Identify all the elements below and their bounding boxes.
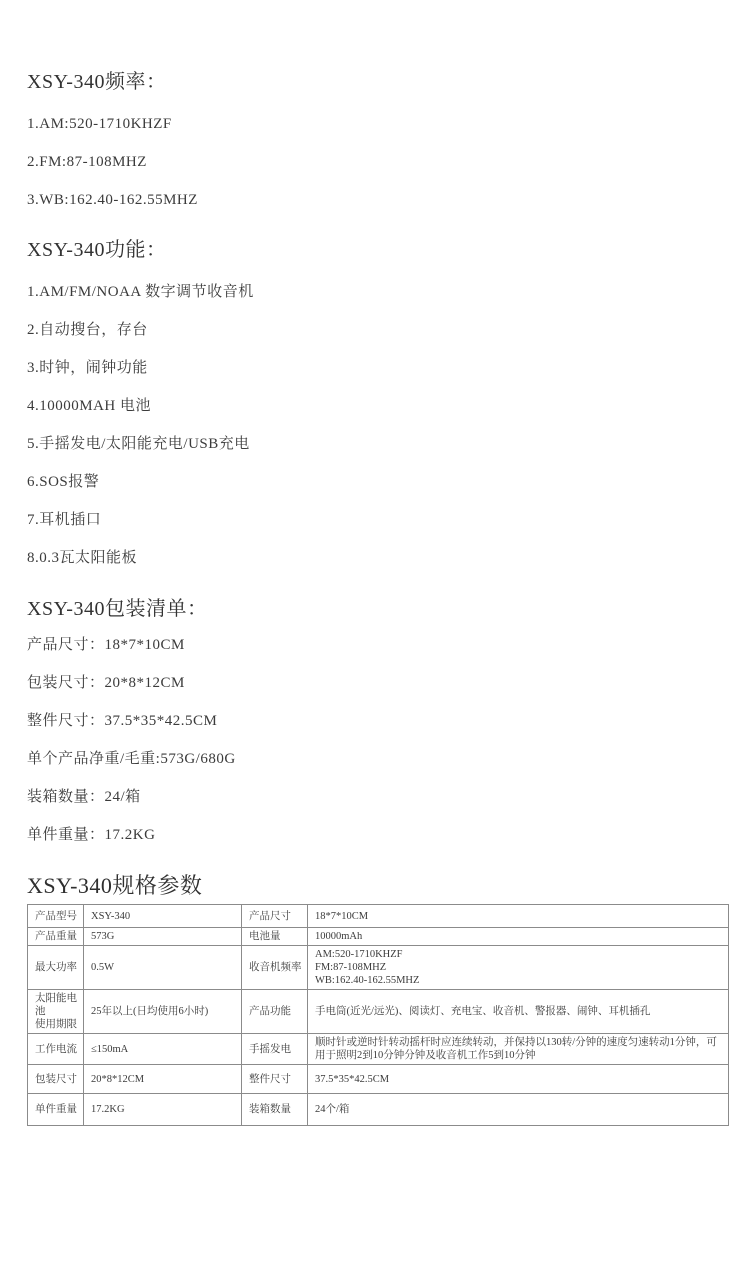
frequency-section: XSY-340频率： 1.AM:520-1710KHZF 2.FM:87-108… <box>27 68 732 208</box>
spec-label: 整件尺寸 <box>242 1065 308 1094</box>
spec-value: 37.5*35*42.5CM <box>308 1065 729 1094</box>
product-spec-page: XSY-340频率： 1.AM:520-1710KHZF 2.FM:87-108… <box>0 0 750 1276</box>
frequency-item-wb: 3.WB:162.40-162.55MHZ <box>27 192 732 208</box>
spec-value: 573G <box>84 928 242 946</box>
packing-item: 产品尺寸：18*7*10CM <box>27 637 732 653</box>
specs-table-row: 单件重量 17.2KG 装箱数量 24个/箱 <box>28 1094 729 1126</box>
packing-title: XSY-340包装清单： <box>27 595 732 623</box>
frequency-title: XSY-340频率： <box>27 68 732 96</box>
spec-label: 产品重量 <box>28 928 84 946</box>
functions-item: 2.自动搜台，存台 <box>27 322 732 338</box>
spec-label: 太阳能电池 使用期限 <box>28 990 84 1034</box>
spec-label: 最大功率 <box>28 946 84 990</box>
packing-item: 单件重量：17.2KG <box>27 827 732 843</box>
spec-label: 收音机频率 <box>242 946 308 990</box>
specs-title: XSY-340规格参数 <box>27 871 732 901</box>
packing-item: 包装尺寸：20*8*12CM <box>27 675 732 691</box>
packing-list: 产品尺寸：18*7*10CM 包装尺寸：20*8*12CM 整件尺寸：37.5*… <box>27 637 732 843</box>
spec-label: 手摇发电 <box>242 1034 308 1065</box>
frequency-list: 1.AM:520-1710KHZF 2.FM:87-108MHZ 3.WB:16… <box>27 116 732 208</box>
spec-value: AM:520-1710KHZF FM:87-108MHZ WB:162.40-1… <box>308 946 729 990</box>
specs-table: 产品型号 XSY-340 产品尺寸 18*7*10CM 产品重量 573G 电池… <box>27 904 729 1126</box>
functions-item: 5.手摇发电/太阳能充电/USB充电 <box>27 436 732 452</box>
spec-value: 0.5W <box>84 946 242 990</box>
packing-item: 整件尺寸：37.5*35*42.5CM <box>27 713 732 729</box>
spec-label: 电池量 <box>242 928 308 946</box>
spec-label: 产品功能 <box>242 990 308 1034</box>
specs-table-row: 包装尺寸 20*8*12CM 整件尺寸 37.5*35*42.5CM <box>28 1065 729 1094</box>
spec-value: 18*7*10CM <box>308 905 729 928</box>
spec-value: 20*8*12CM <box>84 1065 242 1094</box>
functions-list: 1.AM/FM/NOAA 数字调节收音机 2.自动搜台，存台 3.时钟，闹钟功能… <box>27 284 732 566</box>
functions-item: 4.10000MAH 电池 <box>27 398 732 414</box>
spec-value: 24个/箱 <box>308 1094 729 1126</box>
spec-value: 顺时针或逆时针转动摇杆时应连续转动，并保持以130转/分钟的速度匀速转动1分钟，… <box>308 1034 729 1065</box>
spec-label: 单件重量 <box>28 1094 84 1126</box>
packing-item: 单个产品净重/毛重:573G/680G <box>27 751 732 767</box>
specs-table-row: 产品型号 XSY-340 产品尺寸 18*7*10CM <box>28 905 729 928</box>
specs-table-row: 工作电流 ≤150mA 手摇发电 顺时针或逆时针转动摇杆时应连续转动，并保持以1… <box>28 1034 729 1065</box>
spec-label: 产品型号 <box>28 905 84 928</box>
spec-label: 包装尺寸 <box>28 1065 84 1094</box>
packing-section: XSY-340包装清单： 产品尺寸：18*7*10CM 包装尺寸：20*8*12… <box>27 595 732 843</box>
spec-label: 装箱数量 <box>242 1094 308 1126</box>
functions-item: 8.0.3瓦太阳能板 <box>27 550 732 566</box>
spec-value: ≤150mA <box>84 1034 242 1065</box>
spec-value: 17.2KG <box>84 1094 242 1126</box>
spec-value: 25年以上(日均使用6小时) <box>84 990 242 1034</box>
functions-item: 3.时钟，闹钟功能 <box>27 360 732 376</box>
spec-label: 工作电流 <box>28 1034 84 1065</box>
frequency-item-fm: 2.FM:87-108MHZ <box>27 154 732 170</box>
specs-table-row: 太阳能电池 使用期限 25年以上(日均使用6小时) 产品功能 手电筒(近光/远光… <box>28 990 729 1034</box>
spec-value: XSY-340 <box>84 905 242 928</box>
functions-item: 6.SOS报警 <box>27 474 732 490</box>
spec-value: 10000mAh <box>308 928 729 946</box>
specs-table-row: 产品重量 573G 电池量 10000mAh <box>28 928 729 946</box>
functions-section: XSY-340功能： 1.AM/FM/NOAA 数字调节收音机 2.自动搜台，存… <box>27 236 732 566</box>
frequency-item-am: 1.AM:520-1710KHZF <box>27 116 732 132</box>
specs-table-row: 最大功率 0.5W 收音机频率 AM:520-1710KHZF FM:87-10… <box>28 946 729 990</box>
packing-item: 装箱数量：24/箱 <box>27 789 732 805</box>
spec-label: 产品尺寸 <box>242 905 308 928</box>
spec-value: 手电筒(近光/远光)、阅读灯、充电宝、收音机、警报器、闹钟、耳机插孔 <box>308 990 729 1034</box>
specs-section: XSY-340规格参数 产品型号 XSY-340 产品尺寸 18*7*10CM … <box>27 871 732 1126</box>
functions-item: 7.耳机插口 <box>27 512 732 528</box>
functions-item: 1.AM/FM/NOAA 数字调节收音机 <box>27 284 732 300</box>
functions-title: XSY-340功能： <box>27 236 732 264</box>
